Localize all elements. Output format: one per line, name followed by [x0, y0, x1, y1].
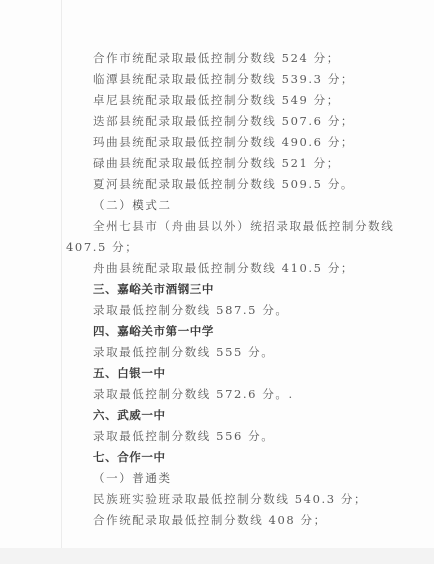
- score-line-zhouqu: 舟曲县统配录取最低控制分数线 410.5 分；: [93, 261, 354, 275]
- score-line-seven-counties-cont: 407.5 分；: [66, 240, 138, 254]
- heading-hezuo-first: 七、合作一中: [93, 450, 166, 464]
- score-line-ethnic-experimental: 民族班实验班录取最低控制分数线 540.3 分；: [93, 492, 367, 506]
- score-line-luqu: 碌曲县统配录取最低控制分数线 521 分；: [93, 156, 340, 170]
- score-line-xiahe: 夏河县统配录取最低控制分数线 509.5 分。: [93, 177, 354, 191]
- score-line-baiyin-first: 录取最低控制分数线 572.6 分。.: [93, 387, 294, 401]
- bottom-background-strip: [0, 548, 434, 564]
- page-margin-divider: [61, 0, 62, 548]
- score-line-maqu: 玛曲县统配录取最低控制分数线 490.6 分；: [93, 135, 354, 149]
- document-page: 合作市统配录取最低控制分数线 524 分； 临潭县统配录取最低控制分数线 539…: [0, 0, 434, 548]
- subheading-general-category: （一）普通类: [93, 471, 172, 485]
- subheading-mode-two: （二）模式二: [93, 198, 172, 212]
- score-line-hezuo-unified: 合作统配录取最低控制分数线 408 分；: [93, 513, 327, 527]
- score-line-lintan: 临潭县统配录取最低控制分数线 539.3 分；: [93, 72, 354, 86]
- score-line-seven-counties: 全州七县市（舟曲县以外）统招录取最低控制分数线: [93, 219, 394, 233]
- score-line-jiayuguan-first: 录取最低控制分数线 555 分。: [93, 345, 274, 359]
- score-line-jiugang-third: 录取最低控制分数线 587.5 分。: [93, 303, 289, 317]
- score-line-hezuo-city: 合作市统配录取最低控制分数线 524 分；: [93, 51, 340, 65]
- heading-baiyin-first: 五、白银一中: [93, 366, 166, 380]
- heading-wuwei-first: 六、武威一中: [93, 408, 166, 422]
- heading-jiayuguan-first: 四、嘉峪关市第一中学: [93, 324, 214, 338]
- score-line-wuwei-first: 录取最低控制分数线 556 分。: [93, 429, 274, 443]
- heading-jiuganguan-third: 三、嘉峪关市酒钢三中: [93, 282, 214, 296]
- score-line-diebu: 迭部县统配录取最低控制分数线 507.6 分；: [93, 114, 354, 128]
- score-line-zhuoni: 卓尼县统配录取最低控制分数线 549 分；: [93, 93, 340, 107]
